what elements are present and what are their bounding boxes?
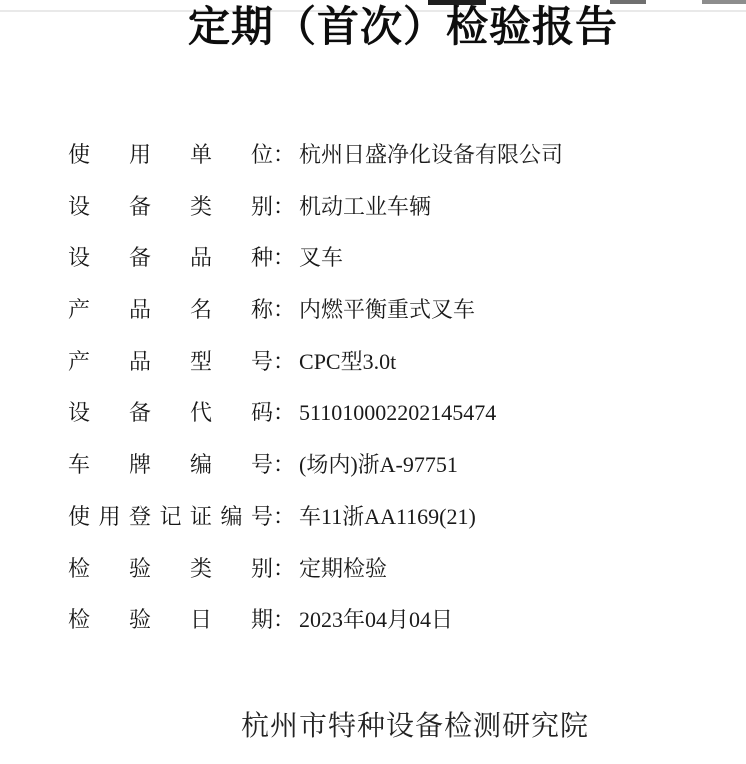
report-title: 定期（首次）检验报告 <box>30 6 746 50</box>
field-value: (场内)浙A-97751 <box>299 453 458 477</box>
field-label: 产品名称 <box>68 298 273 322</box>
field-label: 使用登记证编号 <box>68 505 273 529</box>
field-label: 设备类别 <box>68 195 273 219</box>
field-row-equipment-category: 设备类别：机动工业车辆 <box>68 195 688 247</box>
field-label: 车牌编号 <box>68 453 273 477</box>
field-value: 定期检验 <box>299 557 387 581</box>
field-label: 设备品种 <box>68 246 273 270</box>
field-value: 机动工业车辆 <box>299 195 431 219</box>
field-colon: ： <box>273 505 295 529</box>
field-colon: ： <box>273 401 295 425</box>
field-value: 2023年04月04日 <box>299 608 453 632</box>
field-label: 使用单位 <box>68 143 273 167</box>
field-colon: ： <box>273 298 295 322</box>
field-row-equipment-variety: 设备品种：叉车 <box>68 246 688 298</box>
field-colon: ： <box>273 246 295 270</box>
inspection-report-page: 定期（首次）检验报告 使用单位：杭州日盛净化设备有限公司 设备类别：机动工业车辆… <box>0 0 746 764</box>
field-colon: ： <box>273 453 295 477</box>
field-value: CPC型3.0t <box>299 350 396 374</box>
field-colon: ： <box>273 350 295 374</box>
field-value: 511010002202145474 <box>299 401 496 425</box>
field-row-equipment-code: 设备代码：511010002202145474 <box>68 401 688 453</box>
field-label: 设备代码 <box>68 401 273 425</box>
field-value: 车11浙AA1169(21) <box>299 505 476 529</box>
field-value: 杭州日盛净化设备有限公司 <box>299 143 563 167</box>
institution-name: 杭州市特种设备检测研究院 <box>42 711 746 743</box>
field-colon: ： <box>273 557 295 581</box>
field-row-product-model: 产品型号：CPC型3.0t <box>68 350 688 402</box>
field-label: 检验日期 <box>68 608 273 632</box>
field-row-plate-number: 车牌编号：(场内)浙A-97751 <box>68 453 688 505</box>
field-colon: ： <box>273 608 295 632</box>
fields-section: 使用单位：杭州日盛净化设备有限公司 设备类别：机动工业车辆 设备品种：叉车 产品… <box>68 143 688 660</box>
field-label: 检验类别 <box>68 557 273 581</box>
field-colon: ： <box>273 195 295 219</box>
field-value: 内燃平衡重式叉车 <box>299 298 475 322</box>
field-colon: ： <box>273 143 295 167</box>
scan-artifact-top-3 <box>702 0 746 4</box>
field-row-registration-cert-number: 使用登记证编号：车11浙AA1169(21) <box>68 505 688 557</box>
field-row-product-name: 产品名称：内燃平衡重式叉车 <box>68 298 688 350</box>
field-value: 叉车 <box>299 246 343 270</box>
field-row-inspection-category: 检验类别：定期检验 <box>68 557 688 609</box>
field-row-inspection-date: 检验日期：2023年04月04日 <box>68 608 688 660</box>
field-label: 产品型号 <box>68 350 273 374</box>
scan-artifact-top-2 <box>610 0 646 4</box>
field-row-use-unit: 使用单位：杭州日盛净化设备有限公司 <box>68 143 688 195</box>
